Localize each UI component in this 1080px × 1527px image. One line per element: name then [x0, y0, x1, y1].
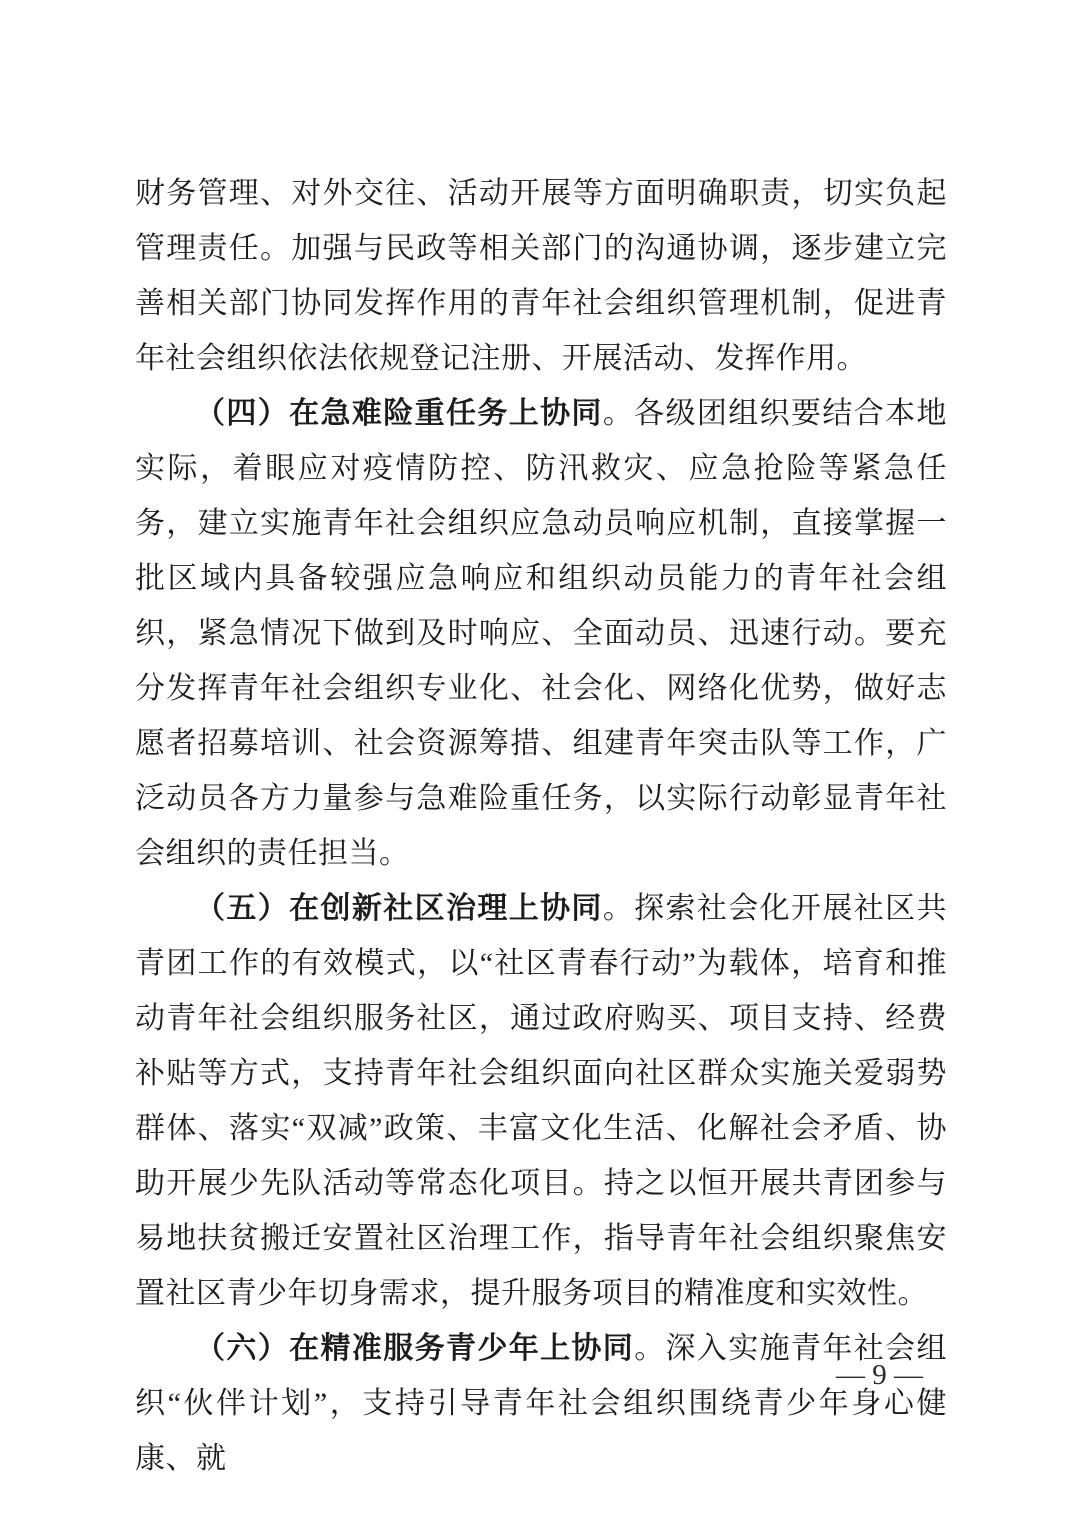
paragraph: （六）在精准服务青少年上协同。深入实施青年社会组织“伙伴计划”，支持引导青年社会… — [135, 1321, 947, 1486]
paragraph-heading: （四）在急难险重任务上协同 — [195, 397, 603, 430]
document-page: 财务管理、对外交往、活动开展等方面明确职责，切实负起管理责任。加强与民政等相关部… — [0, 0, 1080, 1527]
paragraph-text: 财务管理、对外交往、活动开展等方面明确职责，切实负起管理责任。加强与民政等相关部… — [135, 177, 947, 375]
paragraph-heading: （五）在创新社区治理上协同 — [195, 892, 603, 925]
paragraph: （四）在急难险重任务上协同。各级团组织要结合本地实际，着眼应对疫情防控、防汛救灾… — [135, 386, 947, 881]
paragraph: （五）在创新社区治理上协同。探索社会化开展社区共青团工作的有效模式，以“社区青春… — [135, 881, 947, 1321]
paragraph: 财务管理、对外交往、活动开展等方面明确职责，切实负起管理责任。加强与民政等相关部… — [135, 166, 947, 386]
paragraph-heading: （六）在精准服务青少年上协同 — [195, 1332, 634, 1365]
page-number: — 9 — — [836, 1355, 923, 1395]
paragraph-text: 。探索社会化开展社区共青团工作的有效模式，以“社区青春行动”为载体，培育和推动青… — [135, 892, 947, 1310]
paragraph-text: 。各级团组织要结合本地实际，着眼应对疫情防控、防汛救灾、应急抢险等紧急任务，建立… — [135, 397, 947, 870]
document-body: 财务管理、对外交往、活动开展等方面明确职责，切实负起管理责任。加强与民政等相关部… — [135, 166, 947, 1486]
